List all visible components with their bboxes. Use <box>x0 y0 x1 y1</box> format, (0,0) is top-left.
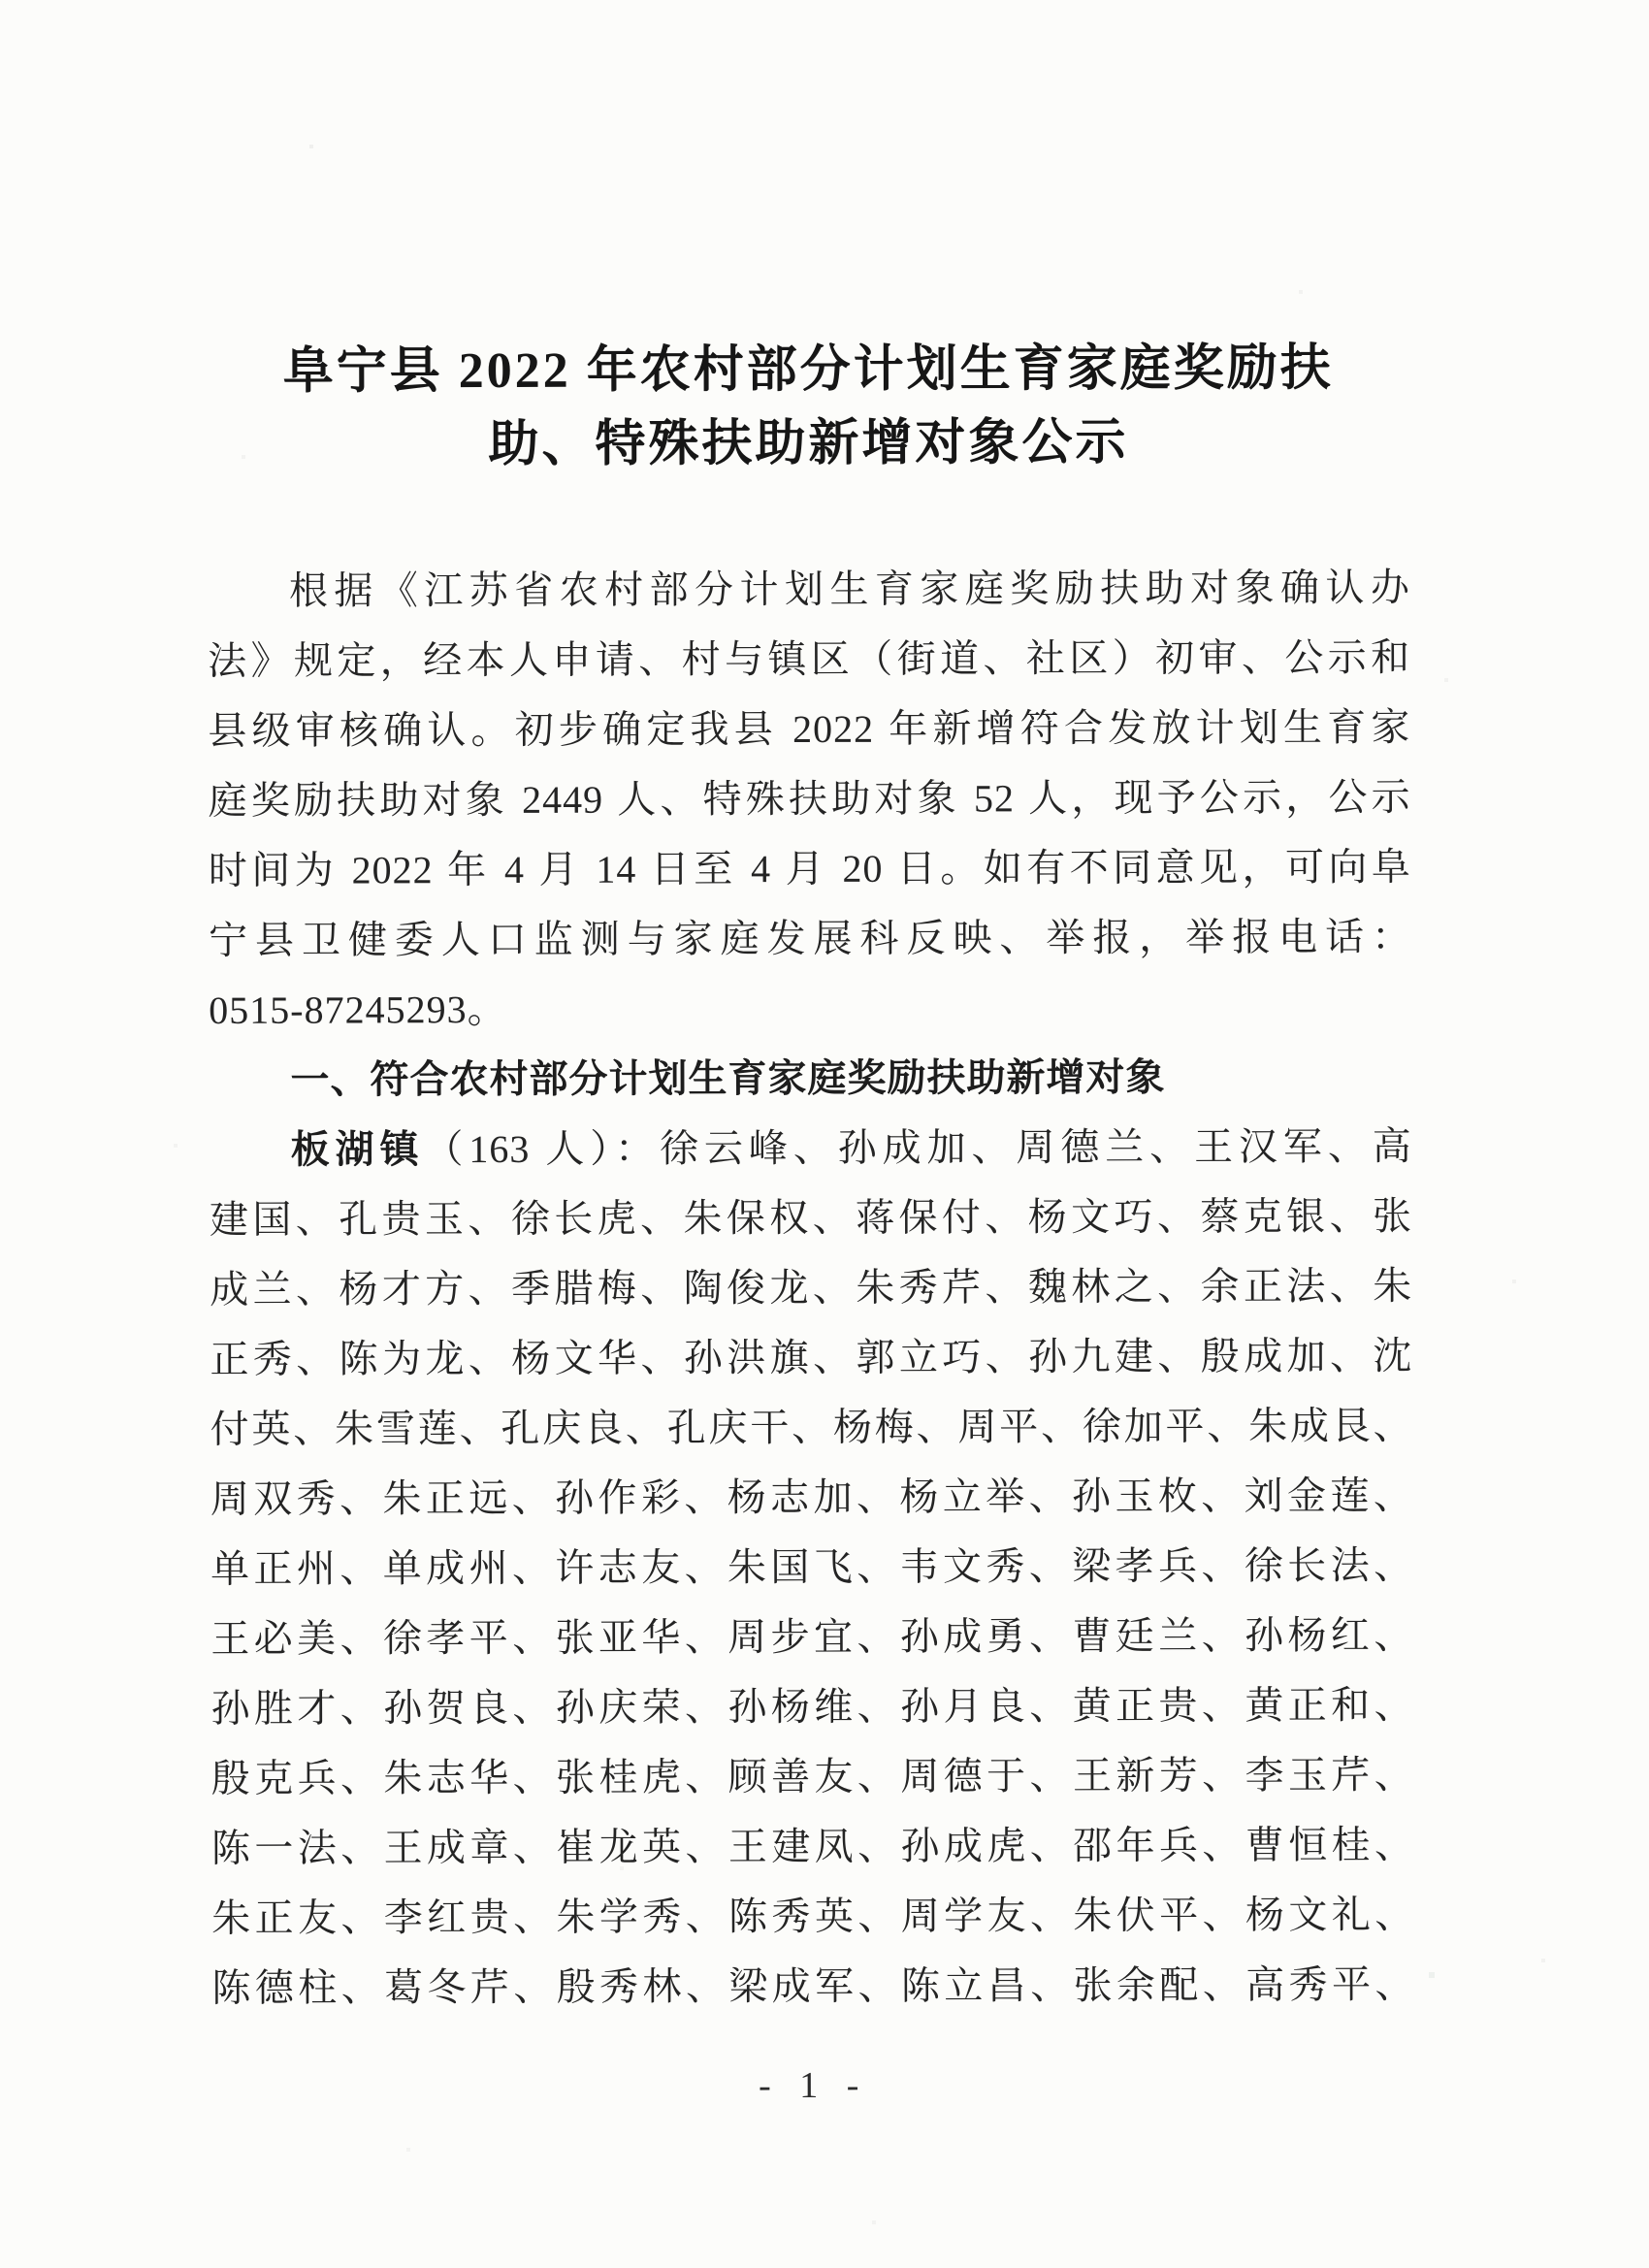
intro-line: 根据《江苏省农村部分计划生育家庭奖励扶助对象确认办 <box>208 553 1410 627</box>
scanned-document-page: 阜宁县 2022 年农村部分计划生育家庭奖励扶 助、特殊扶助新增对象公示 根据《… <box>0 0 1649 2268</box>
document-body: 根据《江苏省农村部分计划生育家庭奖励扶助对象确认办 法》规定，经本人申请、村与镇… <box>208 553 1415 2109</box>
name-line: 单正州、单成州、许志友、朱国飞、韦文秀、梁孝兵、徐长法、 <box>210 1531 1413 1604</box>
intro-line: 县级审核确认。初步确定我县 2022 年新增符合发放计划生育家 <box>208 693 1410 766</box>
page-number: - 1 - <box>212 2062 1415 2109</box>
name-line: 建国、孔贵玉、徐长虎、朱保权、蒋保付、杨文巧、蔡克银、张 <box>210 1182 1412 1255</box>
town-line: 板湖镇（163 人）：徐云峰、孙成加、周德兰、王汉军、高 <box>210 1112 1412 1185</box>
name-line: 正秀、陈为龙、杨文华、孙洪旗、郭立巧、孙九建、殷成加、沈 <box>210 1321 1412 1395</box>
scan-speckles <box>0 0 2 2</box>
name-line: 陈一法、王成章、崔龙英、王建凤、孙成虎、邵年兵、曹恒桂、 <box>211 1810 1414 1884</box>
title-line-2: 助、特殊扶助新增对象公示 <box>207 405 1409 483</box>
name-line: 陈德柱、葛冬芹、殷秀林、梁成军、陈立昌、张余配、高秀平、 <box>211 1950 1414 2024</box>
intro-line: 法》规定，经本人申请、村与镇区（街道、社区）初审、公示和 <box>208 623 1410 697</box>
name-line: 殷克兵、朱志华、张桂虎、顾善友、周德于、王新芳、李玉芹、 <box>211 1740 1414 1814</box>
document-title: 阜宁县 2022 年农村部分计划生育家庭奖励扶 助、特殊扶助新增对象公示 <box>207 332 1409 483</box>
town-count-and-first-names: （163 人）：徐云峰、孙成加、周德兰、王汉军、高 <box>424 1124 1411 1171</box>
section-heading: 一、符合农村部分计划生育家庭奖励扶助新增对象 <box>209 1042 1411 1116</box>
title-line-1: 阜宁县 2022 年农村部分计划生育家庭奖励扶 <box>207 332 1409 409</box>
name-line: 成兰、杨才方、季腊梅、陶俊龙、朱秀芹、魏林之、余正法、朱 <box>210 1251 1412 1325</box>
intro-paragraph: 根据《江苏省农村部分计划生育家庭奖励扶助对象确认办 法》规定，经本人申请、村与镇… <box>208 553 1412 1046</box>
name-line: 孙胜才、孙贺良、孙庆荣、孙杨维、孙月良、黄正贵、黄正和、 <box>210 1670 1413 1744</box>
name-line: 周双秀、朱正远、孙作彩、杨志加、杨立举、孙玉枚、刘金莲、 <box>210 1461 1413 1535</box>
town-name: 板湖镇 <box>291 1127 425 1171</box>
intro-line-phone: 0515-87245293。 <box>209 972 1411 1046</box>
name-line: 朱正友、李红贵、朱学秀、陈秀英、周学友、朱伏平、杨文礼、 <box>211 1880 1414 1954</box>
intro-line: 庭奖励扶助对象 2449 人、特殊扶助对象 52 人，现予公示，公示 <box>208 762 1410 836</box>
reward-assistance-name-list: 板湖镇（163 人）：徐云峰、孙成加、周德兰、王汉军、高 建国、孔贵玉、徐长虎、… <box>210 1112 1415 2024</box>
intro-line: 宁县卫健委人口监测与家庭发展科反映、举报，举报电话： <box>209 902 1411 976</box>
document-content: 阜宁县 2022 年农村部分计划生育家庭奖励扶 助、特殊扶助新增对象公示 根据《… <box>206 0 1415 2109</box>
intro-line: 时间为 2022 年 4 月 14 日至 4 月 20 日。如有不同意见，可向阜 <box>209 832 1411 906</box>
name-line: 付英、朱雪莲、孔庆良、孔庆干、杨梅、周平、徐加平、朱成艮、 <box>210 1391 1413 1465</box>
name-line: 王必美、徐孝平、张亚华、周步宜、孙成勇、曹廷兰、孙杨红、 <box>210 1601 1413 1674</box>
